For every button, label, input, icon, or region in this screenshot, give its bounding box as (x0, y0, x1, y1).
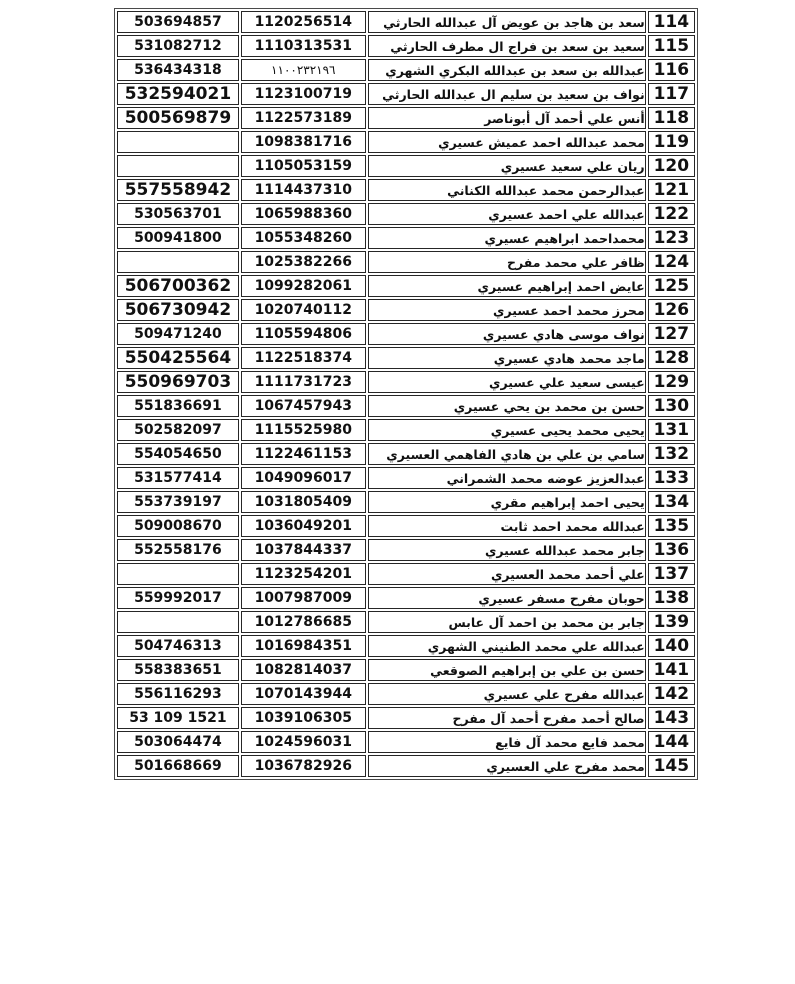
national-id-cell: 1122573189 (241, 107, 366, 129)
table-row: 5005698791122573189أنس علي أحمد آل أبونا… (117, 107, 695, 129)
table-row: 5575589421114437310عبدالرحمن محمد عبدالل… (117, 179, 695, 201)
scanned-document-page: 5036948571120256514سعد بن هاجد بن عويض آ… (0, 0, 795, 984)
phone-cell: 509008670 (117, 515, 239, 537)
national-id-cell: 1067457943 (241, 395, 366, 417)
row-number-cell: 143 (648, 707, 695, 729)
name-cell: محمداحمد ابراهيم عسيري (368, 227, 646, 249)
row-number-cell: 129 (648, 371, 695, 393)
table-row: 5525581761037844337جابر محمد عبدالله عسي… (117, 539, 695, 561)
row-number-cell: 136 (648, 539, 695, 561)
table-row: 1025382266ظافر علي محمد مفرح124 (117, 251, 695, 273)
name-cell: عبدالعزيز عوضه محمد الشمراني (368, 467, 646, 489)
national-id-cell: 1110313531 (241, 35, 366, 57)
row-number-cell: 119 (648, 131, 695, 153)
table-row: 5094712401105594806نواف موسى هادي عسيري1… (117, 323, 695, 345)
phone-cell: 531082712 (117, 35, 239, 57)
phone-cell (117, 131, 239, 153)
phone-cell: 552558176 (117, 539, 239, 561)
national-id-cell: ١١٠٠٢٣٢١٩٦ (241, 59, 366, 81)
name-cell: يحيى محمد يحيى عسيري (368, 419, 646, 441)
national-id-cell: 1123100719 (241, 83, 366, 105)
name-cell: عبدالرحمن محمد عبدالله الكناني (368, 179, 646, 201)
row-number-cell: 120 (648, 155, 695, 177)
row-number-cell: 123 (648, 227, 695, 249)
row-number-cell: 125 (648, 275, 695, 297)
table-row: 5537391971031805409يحيى احمد إبراهيم مقر… (117, 491, 695, 513)
phone-cell (117, 155, 239, 177)
table-row: 53 109 15211039106305صالح أحمد مفرح أحمد… (117, 707, 695, 729)
phone-cell: 531577414 (117, 467, 239, 489)
table-row: 536434318١١٠٠٢٣٢١٩٦عبدالله بن سعد بن عبد… (117, 59, 695, 81)
phone-cell: 503064474 (117, 731, 239, 753)
table-row: 5030644741024596031محمد فايع محمد آل فاي… (117, 731, 695, 753)
table-row: 1098381716محمد عبدالله احمد عميش عسيري11… (117, 131, 695, 153)
phone-cell: 506700362 (117, 275, 239, 297)
national-id-cell: 1012786685 (241, 611, 366, 633)
national-id-cell: 1120256514 (241, 11, 366, 33)
name-cell: محمد مفرح علي العسيري (368, 755, 646, 777)
table-row: 1123254201علي أحمد محمد العسيري137 (117, 563, 695, 585)
phone-cell: 532594021 (117, 83, 239, 105)
name-cell: ماجد محمد هادي عسيري (368, 347, 646, 369)
national-id-cell: 1024596031 (241, 731, 366, 753)
table-row: 5067003621099282061عايض احمد إبراهيم عسي… (117, 275, 695, 297)
table-row: 1105053159ريان علي سعيد عسيري120 (117, 155, 695, 177)
phone-cell: 559992017 (117, 587, 239, 609)
table-row: 5504255641122518374ماجد محمد هادي عسيري1… (117, 347, 695, 369)
national-id-cell: 1105053159 (241, 155, 366, 177)
row-number-cell: 131 (648, 419, 695, 441)
phone-cell: 500569879 (117, 107, 239, 129)
name-cell: أنس علي أحمد آل أبوناصر (368, 107, 646, 129)
row-number-cell: 127 (648, 323, 695, 345)
name-cell: نواف موسى هادي عسيري (368, 323, 646, 345)
table-row: 5067309421020740112محرز محمد احمد عسيري1… (117, 299, 695, 321)
national-id-cell: 1082814037 (241, 659, 366, 681)
national-id-cell: 1049096017 (241, 467, 366, 489)
name-cell: عبدالله بن سعد بن عبدالله البكري الشهري (368, 59, 646, 81)
table-row: 5599920171007987009حوبان مفرح مسفر عسيري… (117, 587, 695, 609)
phone-cell: 503694857 (117, 11, 239, 33)
name-cell: جابر محمد عبدالله عسيري (368, 539, 646, 561)
table-row: 5090086701036049201عبدالله محمد احمد ثاب… (117, 515, 695, 537)
table-row: 1012786685جابر بن محمد بن احمد آل عابس13… (117, 611, 695, 633)
name-cell: ريان علي سعيد عسيري (368, 155, 646, 177)
phone-cell: 502582097 (117, 419, 239, 441)
national-id-cell: 1099282061 (241, 275, 366, 297)
name-cell: محمد عبدالله احمد عميش عسيري (368, 131, 646, 153)
row-number-cell: 135 (648, 515, 695, 537)
table-row: 5540546501122461153سامي بن علي بن هادي ا… (117, 443, 695, 465)
row-number-cell: 122 (648, 203, 695, 225)
row-number-cell: 134 (648, 491, 695, 513)
name-cell: عيسى سعيد علي عسيري (368, 371, 646, 393)
row-number-cell: 142 (648, 683, 695, 705)
row-number-cell: 124 (648, 251, 695, 273)
row-number-cell: 140 (648, 635, 695, 657)
national-id-cell: 1122518374 (241, 347, 366, 369)
national-id-cell: 1039106305 (241, 707, 366, 729)
table-row: 5325940211123100719نواف بن سعيد بن سليم … (117, 83, 695, 105)
name-cell: سامي بن علي بن هادي الفاهمي العسيري (368, 443, 646, 465)
name-cell: صالح أحمد مفرح أحمد آل مفرح (368, 707, 646, 729)
name-cell: حسن بن علي بن إبراهيم الصوقعي (368, 659, 646, 681)
national-id-cell: 1114437310 (241, 179, 366, 201)
phone-cell: 550425564 (117, 347, 239, 369)
national-id-cell: 1111731723 (241, 371, 366, 393)
row-number-cell: 117 (648, 83, 695, 105)
row-number-cell: 118 (648, 107, 695, 129)
phone-cell: 530563701 (117, 203, 239, 225)
national-id-cell: 1036782926 (241, 755, 366, 777)
table-row: 5310827121110313531سعيد بن سعد بن فراج ا… (117, 35, 695, 57)
national-id-cell: 1115525980 (241, 419, 366, 441)
phone-cell: 558383651 (117, 659, 239, 681)
name-cell: يحيى احمد إبراهيم مقري (368, 491, 646, 513)
phone-cell: 551836691 (117, 395, 239, 417)
name-cell: جابر بن محمد بن احمد آل عابس (368, 611, 646, 633)
row-number-cell: 132 (648, 443, 695, 465)
row-number-cell: 130 (648, 395, 695, 417)
table-row: 5583836511082814037حسن بن علي بن إبراهيم… (117, 659, 695, 681)
phone-cell (117, 251, 239, 273)
name-cell: عبدالله مفرح علي عسيري (368, 683, 646, 705)
name-cell: ظافر علي محمد مفرح (368, 251, 646, 273)
row-number-cell: 138 (648, 587, 695, 609)
table-row: 5518366911067457943حسن بن محمد بن يحي عس… (117, 395, 695, 417)
row-number-cell: 126 (648, 299, 695, 321)
table-row: 5016686691036782926محمد مفرح علي العسيري… (117, 755, 695, 777)
national-id-cell: 1020740112 (241, 299, 366, 321)
national-id-cell: 1123254201 (241, 563, 366, 585)
table-row: 5305637011065988360عبدالله علي احمد عسير… (117, 203, 695, 225)
national-id-cell: 1031805409 (241, 491, 366, 513)
row-number-cell: 139 (648, 611, 695, 633)
row-number-cell: 116 (648, 59, 695, 81)
row-number-cell: 121 (648, 179, 695, 201)
national-id-cell: 1098381716 (241, 131, 366, 153)
phone-cell: 554054650 (117, 443, 239, 465)
name-cell: محرز محمد احمد عسيري (368, 299, 646, 321)
phone-cell: 557558942 (117, 179, 239, 201)
name-cell: نواف بن سعيد بن سليم ال عبدالله الحارثي (368, 83, 646, 105)
national-id-cell: 1070143944 (241, 683, 366, 705)
phone-cell: 506730942 (117, 299, 239, 321)
national-id-cell: 1036049201 (241, 515, 366, 537)
phone-cell: 550969703 (117, 371, 239, 393)
name-cell: عايض احمد إبراهيم عسيري (368, 275, 646, 297)
national-id-cell: 1105594806 (241, 323, 366, 345)
row-number-cell: 133 (648, 467, 695, 489)
phone-cell: 556116293 (117, 683, 239, 705)
name-cell: عبدالله علي محمد الطنيني الشهري (368, 635, 646, 657)
row-number-cell: 115 (648, 35, 695, 57)
phone-cell: 509471240 (117, 323, 239, 345)
records-table: 5036948571120256514سعد بن هاجد بن عويض آ… (114, 8, 698, 780)
phone-cell: 504746313 (117, 635, 239, 657)
row-number-cell: 145 (648, 755, 695, 777)
name-cell: حوبان مفرح مسفر عسيري (368, 587, 646, 609)
name-cell: عبدالله محمد احمد ثابت (368, 515, 646, 537)
phone-cell (117, 611, 239, 633)
row-number-cell: 144 (648, 731, 695, 753)
row-number-cell: 137 (648, 563, 695, 585)
name-cell: سعيد بن سعد بن فراج ال مطرف الحارثي (368, 35, 646, 57)
records-table-body: 5036948571120256514سعد بن هاجد بن عويض آ… (117, 11, 695, 777)
table-row: 5025820971115525980يحيى محمد يحيى عسيري1… (117, 419, 695, 441)
name-cell: عبدالله علي احمد عسيري (368, 203, 646, 225)
name-cell: علي أحمد محمد العسيري (368, 563, 646, 585)
phone-cell: 501668669 (117, 755, 239, 777)
row-number-cell: 128 (648, 347, 695, 369)
national-id-cell: 1122461153 (241, 443, 366, 465)
table-row: 5047463131016984351عبدالله علي محمد الطن… (117, 635, 695, 657)
national-id-cell: 1016984351 (241, 635, 366, 657)
national-id-cell: 1007987009 (241, 587, 366, 609)
table-row: 5315774141049096017عبدالعزيز عوضه محمد ا… (117, 467, 695, 489)
name-cell: سعد بن هاجد بن عويض آل عبدالله الحارثي (368, 11, 646, 33)
name-cell: محمد فايع محمد آل فايع (368, 731, 646, 753)
phone-cell: 53 109 1521 (117, 707, 239, 729)
national-id-cell: 1065988360 (241, 203, 366, 225)
national-id-cell: 1025382266 (241, 251, 366, 273)
phone-cell: 553739197 (117, 491, 239, 513)
table-row: 5561162931070143944عبدالله مفرح علي عسير… (117, 683, 695, 705)
phone-cell (117, 563, 239, 585)
table-row: 5036948571120256514سعد بن هاجد بن عويض آ… (117, 11, 695, 33)
national-id-cell: 1055348260 (241, 227, 366, 249)
table-row: 5009418001055348260محمداحمد ابراهيم عسير… (117, 227, 695, 249)
row-number-cell: 141 (648, 659, 695, 681)
national-id-cell: 1037844337 (241, 539, 366, 561)
phone-cell: 536434318 (117, 59, 239, 81)
name-cell: حسن بن محمد بن يحي عسيري (368, 395, 646, 417)
phone-cell: 500941800 (117, 227, 239, 249)
row-number-cell: 114 (648, 11, 695, 33)
table-row: 5509697031111731723عيسى سعيد علي عسيري12… (117, 371, 695, 393)
